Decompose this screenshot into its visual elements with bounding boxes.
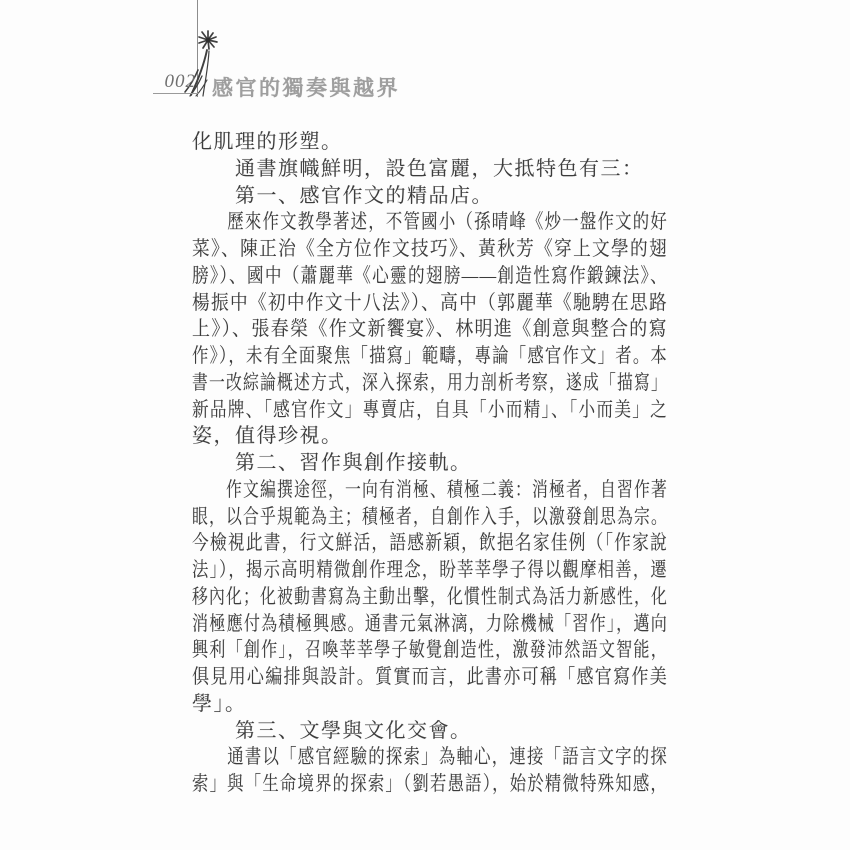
- text-line: 第一、感官作文的精品店。: [192, 183, 668, 210]
- text-line-content: 法」），揭示高明精微創作理念，盼莘莘學子得以觀摩相善，遷: [192, 557, 668, 584]
- text-line-content: 消極應付為積極興感。通書元氣淋漓，力除機械「習作」，邁向: [192, 611, 668, 638]
- text-line-content: 新品牌、「感官作文」專賣店，自具「小而精」、「小而美」之: [192, 397, 668, 424]
- text-line: 第二、習作與創作接軌。: [192, 450, 668, 477]
- body-text: 化肌理的形塑。 通書旗幟鮮明，設色富麗，大抵特色有三： 第一、感官作文的精品店。…: [192, 129, 668, 798]
- page-number: 002: [153, 70, 199, 94]
- text-line: 姿，值得珍視。: [192, 423, 668, 450]
- text-line-content: 菜》、陳正治《全方位作文技巧》、黃秋芳《穿上文學的翅: [192, 236, 668, 263]
- text-line-content: 第三、文學與文化交會。: [192, 718, 472, 745]
- text-line: 楊振中《初中作文十八法》）、高中（郭麗華《馳騁在思路: [192, 290, 668, 317]
- text-line: 化肌理的形塑。: [192, 129, 668, 156]
- text-line-content: 興利「創作」，召喚莘莘學子敏覺創造性，激發沛然語文智能，: [192, 637, 668, 664]
- text-line-content: 移內化；化被動書寫為主動出擊，化慣性制式為活力新感性，化: [192, 584, 668, 611]
- text-line: 作》），未有全面聚焦「描寫」範疇，專論「感官作文」者。本: [192, 343, 668, 370]
- text-line-content: 通書旗幟鮮明，設色富麗，大抵特色有三：: [192, 156, 644, 183]
- text-line-content: 化肌理的形塑。: [192, 129, 343, 156]
- text-line-content: 膀》）、國中（蕭麗華《心靈的翅膀——創造性寫作鍛鍊法》、: [192, 263, 668, 290]
- text-line: 法」），揭示高明精微創作理念，盼莘莘學子得以觀摩相善，遷: [192, 557, 668, 584]
- text-line: 新品牌、「感官作文」專賣店，自具「小而精」、「小而美」之: [192, 397, 668, 424]
- text-line: 膀》）、國中（蕭麗華《心靈的翅膀——創造性寫作鍛鍊法》、: [192, 263, 668, 290]
- text-line: 學」。: [192, 691, 668, 718]
- text-line: 消極應付為積極興感。通書元氣淋漓，力除機械「習作」，邁向: [192, 611, 668, 638]
- text-line-content: 第一、感官作文的精品店。: [192, 183, 493, 210]
- text-line-content: 學」。: [192, 691, 247, 718]
- text-line: 俱見用心編排與設計。質實而言，此書亦可稱「感官寫作美: [192, 664, 668, 691]
- text-line-content: 書一改綜論概述方式，深入探索，用力剖析考察，遂成「描寫」: [192, 370, 668, 397]
- text-line: 菜》、陳正治《全方位作文技巧》、黃秋芳《穿上文學的翅: [192, 236, 668, 263]
- text-line-content: 通書以「感官經驗的探索」為軸心，連接「語言文字的探: [192, 744, 668, 771]
- text-line-content: 作》），未有全面聚焦「描寫」範疇，專論「感官作文」者。本: [192, 343, 668, 370]
- text-line: 眼，以合乎規範為主；積極者，自創作入手，以激發創思為宗。: [192, 504, 668, 531]
- book-title: 感官的獨奏與越界: [212, 72, 400, 102]
- text-line-content: 第二、習作與創作接軌。: [192, 450, 472, 477]
- text-line: 作文編撰途徑，一向有消極、積極二義：消極者，自習作著: [192, 477, 668, 504]
- text-line: 通書旗幟鮮明，設色富麗，大抵特色有三：: [192, 156, 668, 183]
- text-line: 今檢視此書，行文鮮活，語感新穎，飲挹名家佳例（「作家說: [192, 530, 668, 557]
- text-line: 書一改綜論概述方式，深入探索，用力剖析考察，遂成「描寫」: [192, 370, 668, 397]
- text-line: 第三、文學與文化交會。: [192, 718, 668, 745]
- text-line: 興利「創作」，召喚莘莘學子敏覺創造性，激發沛然語文智能，: [192, 637, 668, 664]
- text-line: 移內化；化被動書寫為主動出擊，化慣性制式為活力新感性，化: [192, 584, 668, 611]
- text-line-content: 俱見用心編排與設計。質實而言，此書亦可稱「感官寫作美: [192, 664, 668, 691]
- text-line: 上》）、張春榮《作文新饗宴》、林明進《創意與整合的寫: [192, 316, 668, 343]
- text-line-content: 今檢視此書，行文鮮活，語感新穎，飲挹名家佳例（「作家說: [192, 530, 668, 557]
- text-line-content: 楊振中《初中作文十八法》）、高中（郭麗華《馳騁在思路: [192, 290, 668, 317]
- text-line: 索」與「生命境界的探索」（劉若愚語），始於精微特殊知感，: [192, 771, 668, 798]
- text-line: 歷來作文教學著述，不管國小（孫晴峰《炒一盤作文的好: [192, 209, 668, 236]
- text-line: 通書以「感官經驗的探索」為軸心，連接「語言文字的探: [192, 744, 668, 771]
- book-page: 002 感官的獨奏與越界 化肌理的形塑。 通書旗幟鮮明，設色富麗，大抵特色有三：…: [0, 0, 850, 850]
- text-line-content: 索」與「生命境界的探索」（劉若愚語），始於精微特殊知感，: [192, 771, 668, 798]
- text-line-content: 眼，以合乎規範為主；積極者，自創作入手，以激發創思為宗。: [192, 504, 668, 531]
- text-line-content: 姿，值得珍視。: [192, 423, 343, 450]
- text-line-content: 作文編撰途徑，一向有消極、積極二義：消極者，自習作著: [192, 477, 668, 504]
- text-line-content: 歷來作文教學著述，不管國小（孫晴峰《炒一盤作文的好: [192, 209, 668, 236]
- text-line-content: 上》）、張春榮《作文新饗宴》、林明進《創意與整合的寫: [192, 316, 668, 343]
